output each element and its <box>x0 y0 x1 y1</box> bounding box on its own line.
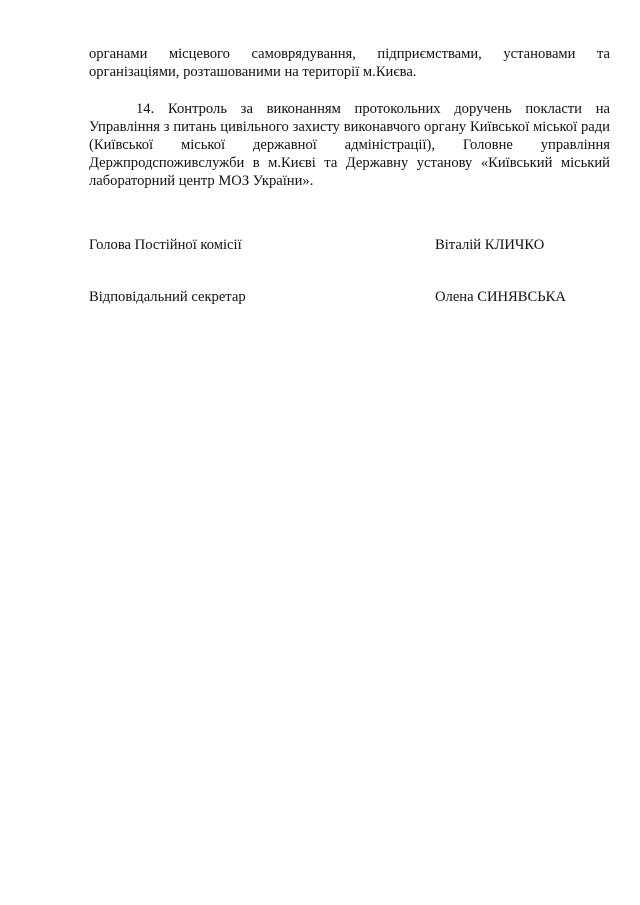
paragraph-continuation: органами місцевого самоврядування, підпр… <box>89 45 610 81</box>
paragraph-text: органами місцевого самоврядування, підпр… <box>89 46 610 80</box>
document-page: органами місцевого самоврядування, підпр… <box>0 0 640 905</box>
signature-name: Віталій КЛИЧКО <box>435 236 544 254</box>
paragraph-number: 14. <box>136 101 154 117</box>
paragraph-text: Контроль за виконанням протокольних дору… <box>89 101 610 189</box>
signature-title: Відповідальний секретар <box>89 288 246 306</box>
paragraph-item-14: 14. Контроль за виконанням протокольних … <box>89 100 610 190</box>
signature-name: Олена СИНЯВСЬКА <box>435 288 566 306</box>
signature-title: Голова Постійної комісії <box>89 236 242 254</box>
